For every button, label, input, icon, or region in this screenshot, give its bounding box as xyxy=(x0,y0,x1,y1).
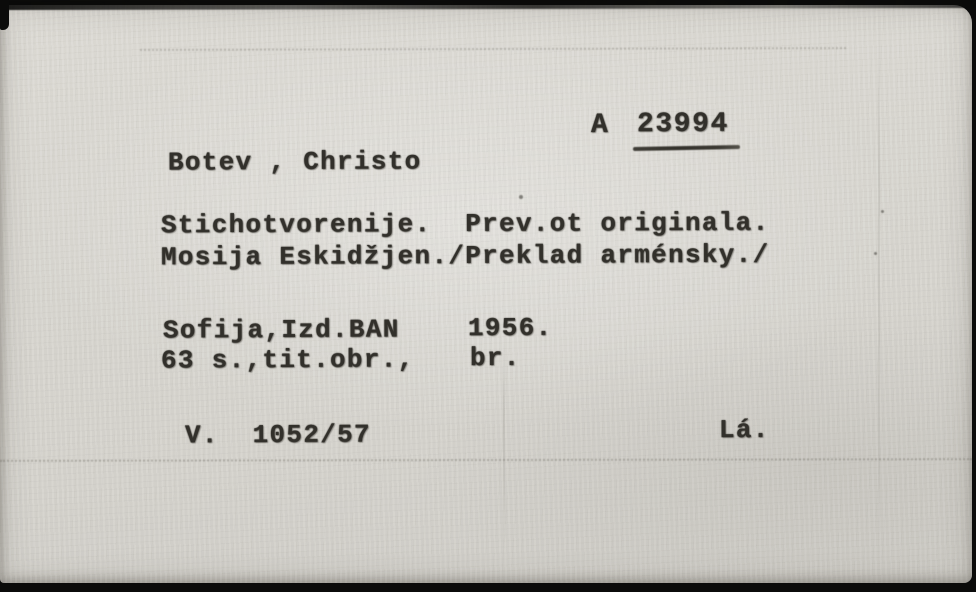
imprint-year: 1956. xyxy=(468,315,553,341)
call-number-underline xyxy=(633,145,740,151)
binding-note: br. xyxy=(470,345,521,371)
ink-speck xyxy=(881,210,884,213)
collation-pages: 63 s.,tit.obr., xyxy=(161,346,415,373)
title-statement-line-1: Stichotvorenije. Prev.ot originala. xyxy=(161,210,770,239)
paper-crease-right xyxy=(878,5,880,583)
title-statement-line-2: Mosija Eskidžjen./Preklad arménsky./ xyxy=(161,242,770,271)
cataloguer-initials: Lá. xyxy=(719,417,770,443)
call-number-prefix: A xyxy=(591,112,610,140)
ink-speck xyxy=(874,252,877,255)
scan-corner-artifact xyxy=(0,0,9,30)
catalog-card-paper: A 23994 Botev , Christo Stichotvorenije.… xyxy=(0,5,972,583)
imprint-place-publisher: Sofija,Izd.BAN xyxy=(163,316,400,343)
ruled-line-top xyxy=(140,47,846,51)
author-heading: Botev , Christo xyxy=(168,148,422,175)
ink-speck xyxy=(519,195,523,199)
accession-number: V. 1052/57 xyxy=(185,422,371,449)
ruled-line-bottom xyxy=(0,458,972,462)
call-number: 23994 xyxy=(637,111,729,139)
scanned-catalog-card-image: A 23994 Botev , Christo Stichotvorenije.… xyxy=(0,0,976,592)
